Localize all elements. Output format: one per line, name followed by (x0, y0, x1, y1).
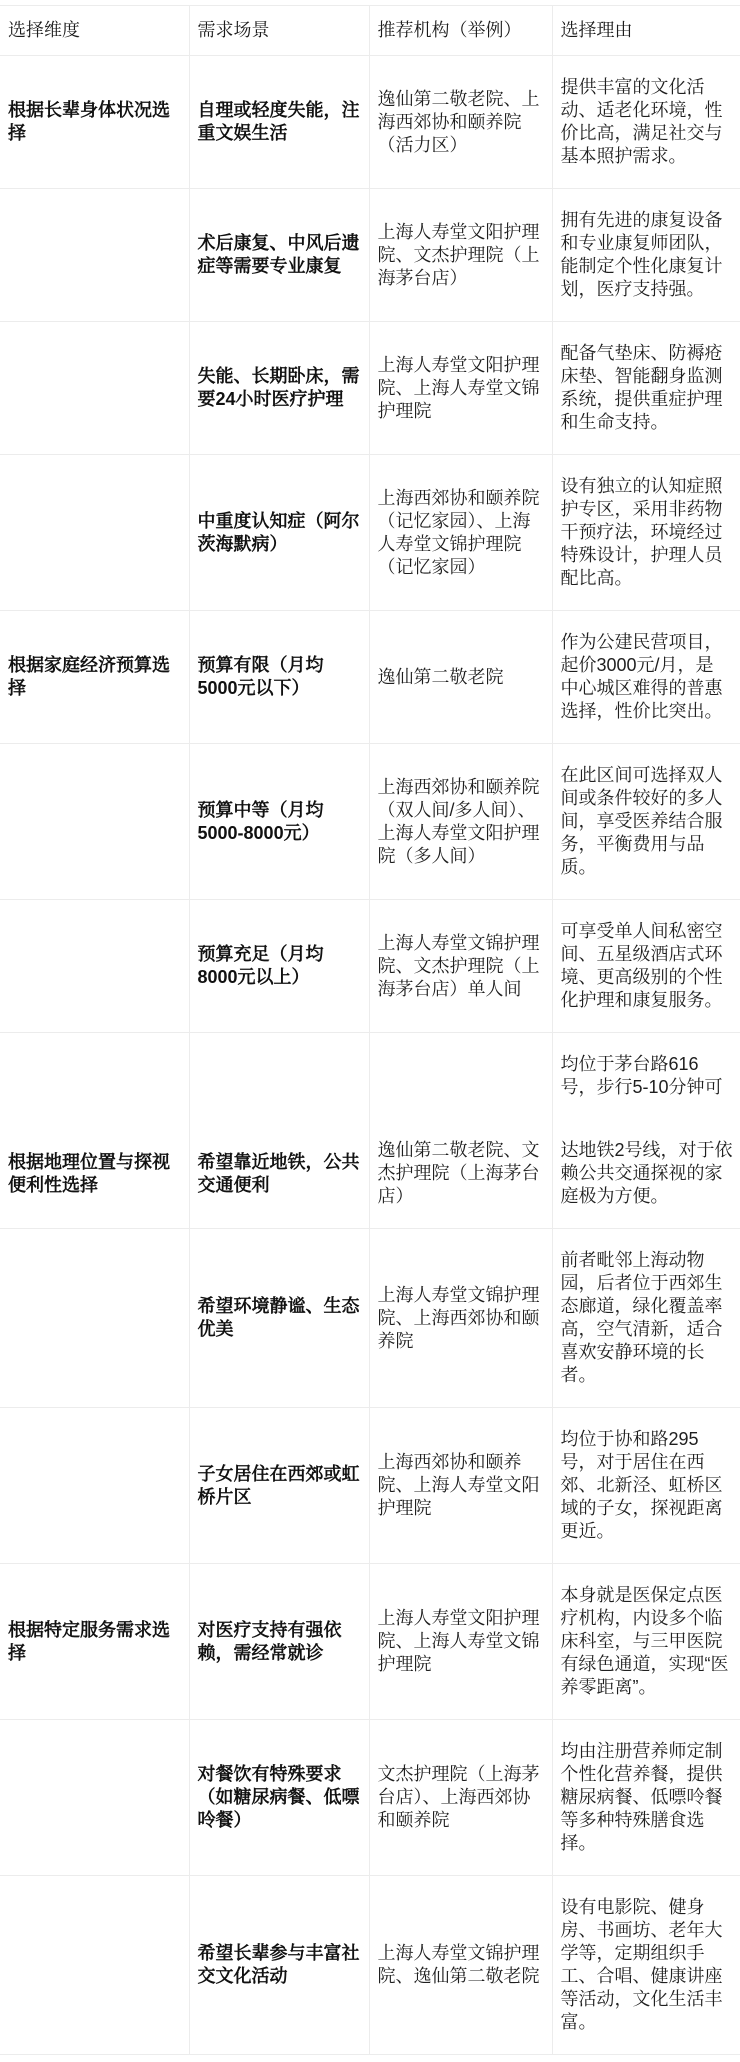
reason-cell: 作为公建民营项目， 起价3000元/月，是 中心城区难得的普惠 选择，性价比突出… (552, 611, 740, 744)
dimension-cell (0, 1229, 189, 1408)
scene-cell: 预算中等（月均 5000-8000元） (189, 744, 369, 900)
reason-cell: 均位于协和路295 号，对于居住在西 郊、北新泾、虹桥区 域的子女，探视距离 更… (552, 1408, 740, 1564)
table-row: 术后康复、中风后遗 症等需要专业康复 上海人寿堂文阳护理 院、文杰护理院（上 海… (0, 189, 740, 322)
table-row: 失能、长期卧床，需 要24小时医疗护理 上海人寿堂文阳护理 院、上海人寿堂文锦 … (0, 322, 740, 455)
scene-cell: 希望环境静谧、生态 优美 (189, 1229, 369, 1408)
dimension-cell (0, 900, 189, 1033)
reason-cell: 前者毗邻上海动物 园，后者位于西郊生 态廊道，绿化覆盖率 高，空气清新，适合 喜… (552, 1229, 740, 1408)
orgs-cell (369, 1033, 552, 1120)
reason-cell: 均位于茅台路616 号，步行5-10分钟可 (552, 1033, 740, 1120)
dimension-cell (0, 1408, 189, 1564)
orgs-cell: 上海西郊协和颐养院 （双人间/多人间）、 上海人寿堂文阳护理 院（多人间） (369, 744, 552, 900)
scene-cell (189, 1033, 369, 1120)
orgs-cell: 上海西郊协和颐养 院、上海人寿堂文阳 护理院 (369, 1408, 552, 1564)
orgs-cell: 文杰护理院（上海茅 台店）、上海西郊协 和颐养院 (369, 1720, 552, 1876)
table-row: 中重度认知症（阿尔 茨海默病） 上海西郊协和颐养院 （记忆家园）、上海 人寿堂文… (0, 455, 740, 611)
scene-cell: 失能、长期卧床，需 要24小时医疗护理 (189, 322, 369, 455)
table-row: 预算中等（月均 5000-8000元） 上海西郊协和颐养院 （双人间/多人间）、… (0, 744, 740, 900)
scene-cell: 中重度认知症（阿尔 茨海默病） (189, 455, 369, 611)
reason-cell: 设有独立的认知症照 护专区，采用非药物 干预疗法，环境经过 特殊设计，护理人员 … (552, 455, 740, 611)
header-dimension: 选择维度 (0, 6, 189, 56)
reason-cell: 配备气垫床、防褥疮 床垫、智能翻身监测 系统，提供重症护理 和生命支持。 (552, 322, 740, 455)
dimension-cell (0, 455, 189, 611)
table-row: 子女居住在西郊或虹 桥片区 上海西郊协和颐养 院、上海人寿堂文阳 护理院 均位于… (0, 1408, 740, 1564)
orgs-cell: 上海人寿堂文锦护理 院、上海西郊协和颐 养院 (369, 1229, 552, 1408)
table-row: 根据家庭经济预算选 择 预算有限（月均 5000元以下） 逸仙第二敬老院 作为公… (0, 611, 740, 744)
scene-cell: 预算有限（月均 5000元以下） (189, 611, 369, 744)
orgs-cell: 上海人寿堂文锦护理 院、文杰护理院（上 海茅台店）单人间 (369, 900, 552, 1033)
table-row: 对餐饮有特殊要求 （如糖尿病餐、低嘌 呤餐） 文杰护理院（上海茅 台店）、上海西… (0, 1720, 740, 1876)
elder-care-comparison-table: 选择维度 需求场景 推荐机构（举例） 选择理由 根据长辈身体状况选 择 自理或轻… (0, 5, 740, 2055)
orgs-cell: 上海人寿堂文阳护理 院、上海人寿堂文锦 护理院 (369, 1564, 552, 1720)
orgs-cell: 上海人寿堂文阳护理 院、上海人寿堂文锦 护理院 (369, 322, 552, 455)
dimension-cell (0, 322, 189, 455)
dimension-cell: 根据特定服务需求选 择 (0, 1564, 189, 1720)
dimension-cell (0, 189, 189, 322)
reason-cell: 本身就是医保定点医 疗机构，内设多个临 床科室，与三甲医院 有绿色通道，实现“医… (552, 1564, 740, 1720)
dimension-cell (0, 1876, 189, 2055)
orgs-cell: 上海人寿堂文锦护理 院、逸仙第二敬老院 (369, 1876, 552, 2055)
reason-cell: 设有电影院、健身 房、书画坊、老年大 学等，定期组织手 工、合唱、健康讲座 等活… (552, 1876, 740, 2055)
header-orgs: 推荐机构（举例） (369, 6, 552, 56)
scene-cell: 希望长辈参与丰富社 交文化活动 (189, 1876, 369, 2055)
table-row: 根据地理位置与探视 便利性选择 希望靠近地铁，公共 交通便利 逸仙第二敬老院、文… (0, 1119, 740, 1229)
table-row: 希望环境静谧、生态 优美 上海人寿堂文锦护理 院、上海西郊协和颐 养院 前者毗邻… (0, 1229, 740, 1408)
scene-cell: 对医疗支持有强依 赖，需经常就诊 (189, 1564, 369, 1720)
scene-cell: 自理或轻度失能，注 重文娱生活 (189, 56, 369, 189)
reason-cell: 可享受单人间私密空 间、五星级酒店式环 境、更高级别的个性 化护理和康复服务。 (552, 900, 740, 1033)
reason-cell: 拥有先进的康复设备 和专业康复师团队， 能制定个性化康复计 划，医疗支持强。 (552, 189, 740, 322)
page: 选择维度 需求场景 推荐机构（举例） 选择理由 根据长辈身体状况选 择 自理或轻… (0, 0, 740, 2055)
dimension-cell: 根据地理位置与探视 便利性选择 (0, 1119, 189, 1229)
reason-cell: 达地铁2号线，对于依 赖公共交通探视的家 庭极为方便。 (552, 1119, 740, 1229)
scene-cell: 希望靠近地铁，公共 交通便利 (189, 1119, 369, 1229)
orgs-cell: 上海西郊协和颐养院 （记忆家园）、上海 人寿堂文锦护理院 （记忆家园） (369, 455, 552, 611)
orgs-cell: 逸仙第二敬老院、上 海西郊协和颐养院 （活力区） (369, 56, 552, 189)
table-row: 希望长辈参与丰富社 交文化活动 上海人寿堂文锦护理 院、逸仙第二敬老院 设有电影… (0, 1876, 740, 2055)
scene-cell: 预算充足（月均 8000元以上） (189, 900, 369, 1033)
table-row: 根据特定服务需求选 择 对医疗支持有强依 赖，需经常就诊 上海人寿堂文阳护理 院… (0, 1564, 740, 1720)
orgs-cell: 逸仙第二敬老院 (369, 611, 552, 744)
dimension-cell (0, 1720, 189, 1876)
scene-cell: 术后康复、中风后遗 症等需要专业康复 (189, 189, 369, 322)
dimension-cell (0, 744, 189, 900)
table-row: 根据长辈身体状况选 择 自理或轻度失能，注 重文娱生活 逸仙第二敬老院、上 海西… (0, 56, 740, 189)
header-reason: 选择理由 (552, 6, 740, 56)
header-row: 选择维度 需求场景 推荐机构（举例） 选择理由 (0, 6, 740, 56)
header-scene: 需求场景 (189, 6, 369, 56)
dimension-cell (0, 1033, 189, 1120)
scene-cell: 子女居住在西郊或虹 桥片区 (189, 1408, 369, 1564)
dimension-cell: 根据家庭经济预算选 择 (0, 611, 189, 744)
reason-cell: 在此区间可选择双人 间或条件较好的多人 间，享受医养结合服 务，平衡费用与品 质… (552, 744, 740, 900)
orgs-cell: 逸仙第二敬老院、文 杰护理院（上海茅台 店） (369, 1119, 552, 1229)
reason-cell: 均由注册营养师定制 个性化营养餐，提供 糖尿病餐、低嘌呤餐 等多种特殊膳食选 择… (552, 1720, 740, 1876)
dimension-cell: 根据长辈身体状况选 择 (0, 56, 189, 189)
reason-cell: 提供丰富的文化活 动、适老化环境，性 价比高，满足社交与 基本照护需求。 (552, 56, 740, 189)
table-row: 预算充足（月均 8000元以上） 上海人寿堂文锦护理 院、文杰护理院（上 海茅台… (0, 900, 740, 1033)
table-row-reason-overflow: 均位于茅台路616 号，步行5-10分钟可 (0, 1033, 740, 1120)
scene-cell: 对餐饮有特殊要求 （如糖尿病餐、低嘌 呤餐） (189, 1720, 369, 1876)
orgs-cell: 上海人寿堂文阳护理 院、文杰护理院（上 海茅台店） (369, 189, 552, 322)
